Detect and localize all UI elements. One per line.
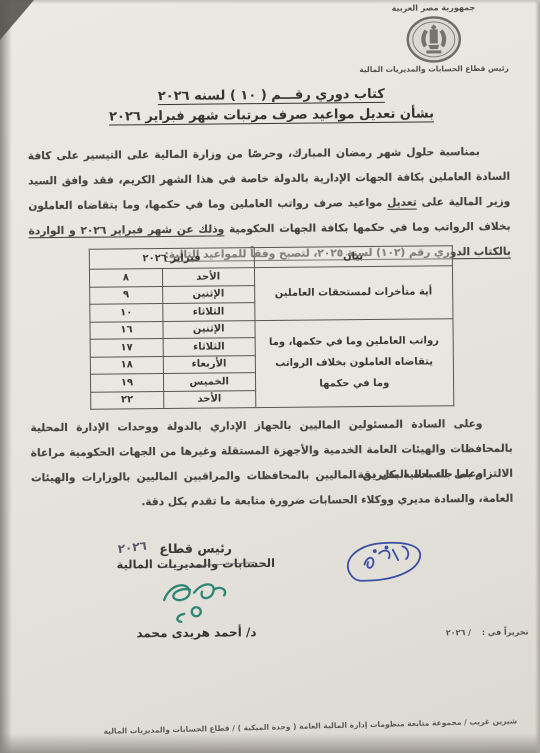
signature-block: رئيس قطاع ٢٠٢٦ الحسابات والمديريات المال… bbox=[102, 540, 291, 641]
day-cell: الأربعاء bbox=[163, 355, 255, 373]
day-cell: الثلاثاء bbox=[163, 303, 255, 321]
scanned-document-page: جمهورية مصر العربية رئيس قطاع الحسابات و… bbox=[0, 0, 540, 753]
day-cell: الخميس bbox=[163, 373, 255, 391]
table-row: رواتب العاملين وما في حكمها، وما يتقاضاه… bbox=[90, 318, 453, 339]
issue-date-value: / ٢٠٢٦ bbox=[446, 628, 471, 637]
handwritten-signature-icon bbox=[154, 573, 238, 624]
date-cell: ١٠ bbox=[90, 304, 163, 322]
scan-shadow-top bbox=[0, 0, 540, 4]
handwritten-year-note: ٢٠٢٦ bbox=[118, 538, 147, 556]
statement-salaries-cell: رواتب العاملين وما في حكمها، وما يتقاضاه… bbox=[254, 318, 453, 407]
payment-schedule-table: بيان فبراير ٢٠٢٦ أية متأخرات لمستحقات ال… bbox=[89, 245, 455, 409]
intro-seg2-underlined: تعديل bbox=[387, 197, 417, 209]
day-cell: الثلاثاء bbox=[163, 338, 255, 356]
egypt-eagle-emblem-icon bbox=[406, 15, 462, 64]
date-cell: ٢٢ bbox=[91, 391, 164, 409]
office-title: رئيس قطاع الحسابات والمديريات المالية bbox=[359, 64, 509, 74]
handwritten-blue-circled-note-icon bbox=[331, 524, 440, 609]
date-cell: ١٦ bbox=[90, 321, 163, 339]
issue-date-label: تحريراً في : bbox=[482, 628, 529, 637]
statement-header-cell: بيان bbox=[254, 246, 453, 268]
date-cell: ٩ bbox=[90, 286, 163, 304]
document-content: جمهورية مصر العربية رئيس قطاع الحسابات و… bbox=[0, 0, 540, 753]
day-cell: الأحد bbox=[163, 390, 255, 408]
date-cell: ١٧ bbox=[90, 339, 163, 357]
month-header-cell: فبراير ٢٠٢٦ bbox=[89, 248, 254, 270]
signer-title-line1: رئيس قطاع ٢٠٢٦ bbox=[102, 540, 290, 557]
issue-date-line: تحريراً في : / ٢٠٢٦ bbox=[403, 628, 528, 638]
day-cell: الإثنين bbox=[162, 285, 254, 303]
signer-title-text: رئيس قطاع bbox=[159, 540, 232, 556]
date-cell: ٨ bbox=[89, 269, 162, 287]
followup-paragraph: وعلى السادة المديرين الماليين بالمحافظات… bbox=[31, 462, 513, 517]
table-row: أية متأخرات لمستحقات العاملين الأحد ٨ bbox=[89, 266, 452, 287]
scan-shadow-left bbox=[0, 0, 12, 753]
date-cell: ١٩ bbox=[90, 374, 163, 392]
scan-shadow-right bbox=[535, 0, 540, 753]
circular-subject-line: بشأن تعديل مواعيد صرف مرتبات شهر فبراير … bbox=[85, 104, 457, 128]
signer-name: د/ أحمد هريدى محمد bbox=[102, 625, 290, 641]
scan-shadow-bottom bbox=[0, 733, 540, 753]
country-name: جمهورية مصر العربية bbox=[358, 3, 508, 13]
day-cell: الإثنين bbox=[163, 320, 255, 338]
day-cell: الأحد bbox=[162, 268, 254, 286]
signer-title-line2: الحسابات والمديريات المالية bbox=[102, 556, 290, 572]
statement-arrears-cell: أية متأخرات لمستحقات العاملين bbox=[254, 266, 453, 320]
date-cell: ١٨ bbox=[90, 356, 163, 374]
letterhead: جمهورية مصر العربية رئيس قطاع الحسابات و… bbox=[358, 3, 509, 74]
circular-title: كتاب دوري رقـــم ( ١٠ ) لسنه ٢٠٢٦ بشأن ت… bbox=[85, 84, 457, 128]
